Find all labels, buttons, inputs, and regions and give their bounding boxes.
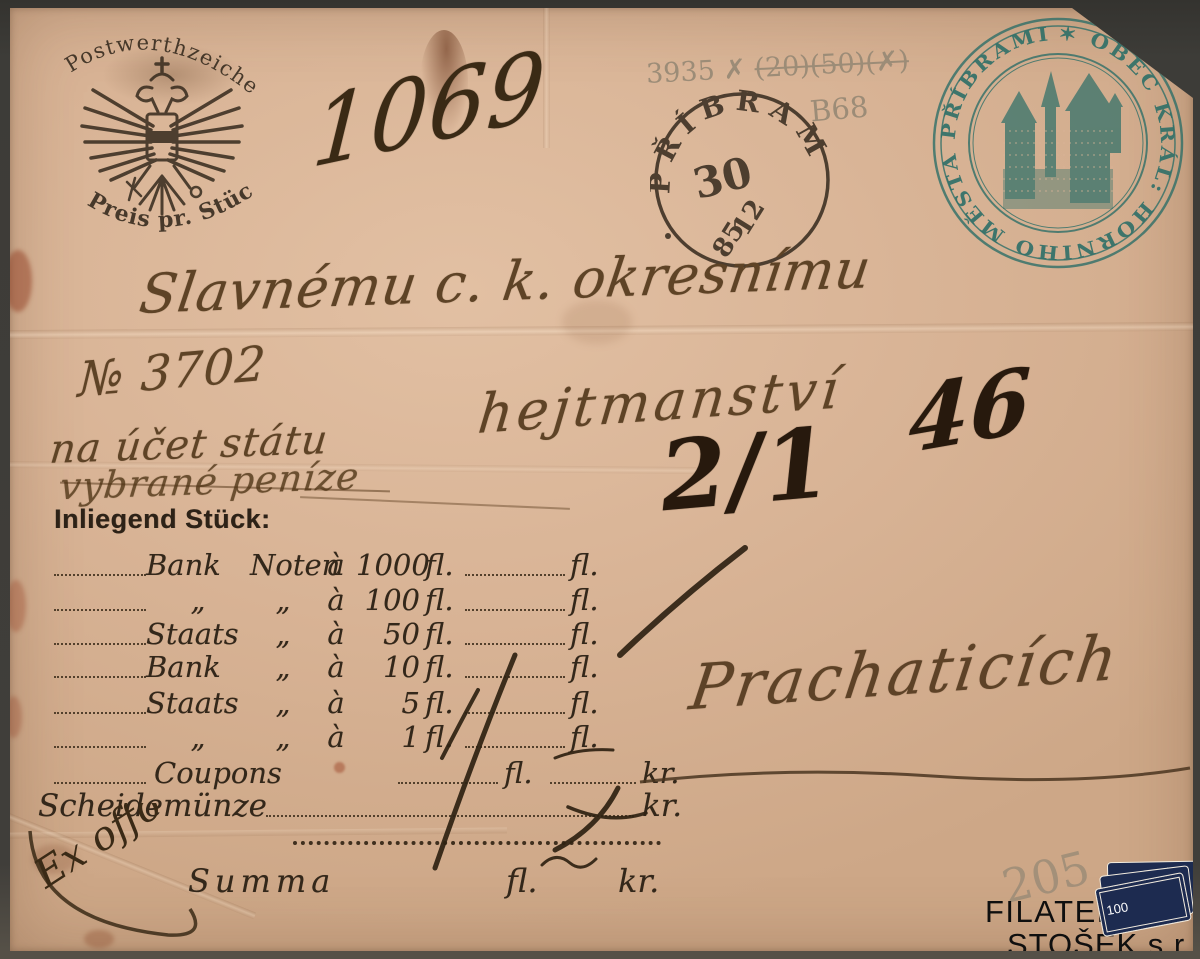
church-towers-icon	[1001, 71, 1123, 209]
edge-stain	[5, 696, 22, 738]
address-line-1: Slavnému c. k. okresnímu	[136, 237, 876, 326]
double-eagle-icon	[82, 58, 242, 214]
ex-offo-text: Ex offo	[26, 803, 170, 898]
row-label: „	[146, 583, 250, 617]
row-a: à	[316, 583, 356, 617]
row-label-2: „	[250, 650, 316, 684]
row-label-2: „	[250, 720, 316, 754]
row-a: à	[316, 720, 356, 754]
edge-stain	[4, 250, 32, 312]
municipal-seal-stamp: ✶ OBEC KRÁL: HORNIHO MĚSTA PŘÍBRAMI	[913, 11, 1200, 286]
dotted-leader	[54, 707, 146, 714]
crease-line	[10, 322, 1193, 339]
row-label-2: „	[250, 617, 316, 651]
envelope-scan: Postwerthzeichen. Preis pr. Stück 1 kr. …	[10, 8, 1193, 951]
double-eagle-emblem: Postwerthzeichen. Preis pr. Stück 1 kr.	[55, 26, 270, 248]
dotted-leader	[54, 569, 146, 576]
handwritten-corner-number: 1069	[309, 29, 550, 190]
row-label: Bank	[146, 548, 250, 582]
dotted-leader	[54, 671, 146, 678]
row-label: Staats	[146, 686, 250, 720]
banknote-value: 100	[1105, 899, 1129, 918]
row-a: à	[316, 686, 356, 720]
row-label-2: „	[250, 583, 316, 617]
row-label-2: „	[250, 686, 316, 720]
pencil-catalog-note: 3935 ✗ (20)(50)(✗)	[645, 45, 909, 90]
dotted-leader	[54, 638, 146, 645]
file-number: № 3702	[77, 336, 268, 409]
row-a: à	[316, 650, 356, 684]
row-label: „	[146, 720, 250, 754]
pencil-catalog-number: 3935 ✗	[645, 54, 746, 90]
pencil-struck-note: (20)(50)(✗)	[754, 45, 910, 84]
row-label-2: Noten	[250, 548, 316, 582]
row-a: à	[316, 548, 356, 582]
row-a: à	[316, 617, 356, 651]
ex-offo-flourish: Ex offo	[18, 803, 228, 958]
dotted-leader	[54, 741, 146, 748]
handwritten-strokes-overlay	[390, 543, 780, 903]
dotted-leader	[54, 604, 146, 611]
row-label: Staats	[146, 617, 250, 651]
form-heading: Inliegend Stück:	[54, 504, 271, 535]
row-label: Bank	[146, 650, 250, 684]
dotted-leader	[54, 777, 146, 784]
routing-number: 46	[907, 346, 1033, 474]
scanned-envelope-page: { "scan": { "background_color": "#3d3c38…	[0, 0, 1200, 959]
edge-stain	[6, 580, 26, 632]
coupons-label: Coupons	[154, 756, 282, 790]
banknotes-icon: ŠEK 100	[1092, 854, 1200, 951]
